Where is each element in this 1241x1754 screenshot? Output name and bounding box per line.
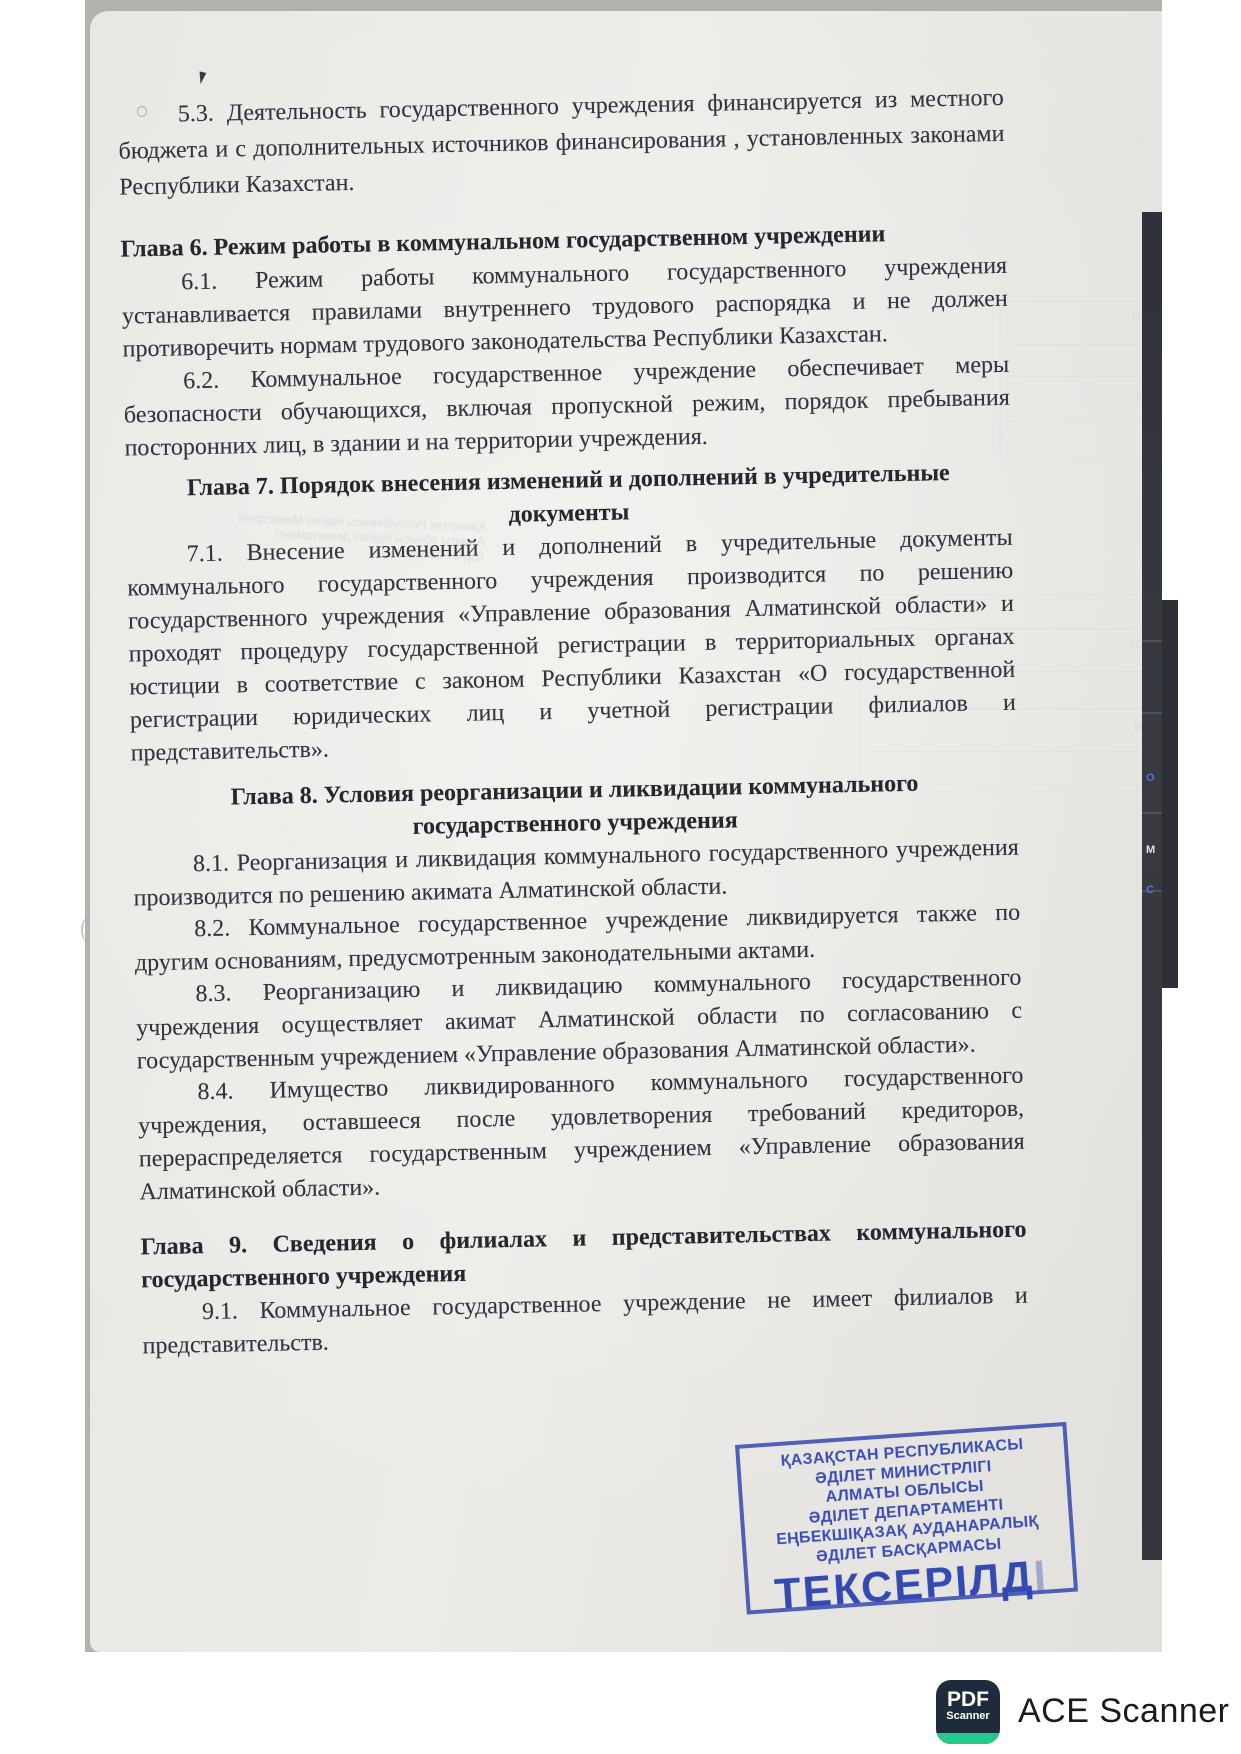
bleedthrough-line: [1009, 331, 1153, 346]
keyboard-key-gap: [1142, 712, 1162, 714]
paragraph-6-2: 6.2. Коммунальное государственное учрежд…: [123, 349, 1011, 466]
screenshot-page: БСН күні Қазақстан Республикасы Әділет М…: [0, 0, 1241, 1754]
photo-background-edge: O M C: [1142, 212, 1162, 1560]
scanned-photo: БСН күні Қазақстан Республикасы Әділет М…: [85, 0, 1162, 1652]
paragraph-8-3: 8.3. Реорганизацию и ликвидацию коммунал…: [135, 962, 1023, 1079]
keyboard-glyph-m: M: [1146, 844, 1155, 856]
document-text: 5.3. Деятельность государственного учреж…: [116, 0, 1032, 1501]
justice-department-stamp: ҚАЗАҚСТАН РЕСПУБЛИКАСЫ ӘДІЛЕТ МИНИСТРЛІГ…: [735, 1422, 1078, 1615]
stamp-verdict-last-letter: І: [1032, 1552, 1049, 1601]
photo-background-edge-bump: [1162, 600, 1178, 988]
paragraph-6-1: 6.1. Режим работы коммунального государс…: [121, 250, 1009, 367]
logo-accent-bar: [936, 1733, 1000, 1744]
logo-text-pdf: PDF: [947, 1689, 989, 1710]
bleedthrough-line: [1009, 362, 1153, 377]
paper-edge-mark: [81, 918, 95, 942]
keyboard-key-gap: [1142, 640, 1162, 642]
keyboard-glyph-o: O: [1146, 772, 1155, 784]
paragraph-5-3: 5.3. Деятельность государственного учреж…: [118, 80, 1006, 206]
bleedthrough-form-top: БСН күні: [1000, 300, 1162, 462]
paragraph-7-1: 7.1. Внесение изменений и дополнений в у…: [126, 522, 1016, 771]
keyboard-key-gap: [1142, 812, 1162, 814]
bleedthrough-text: күні: [1007, 391, 1155, 403]
pdf-scanner-logo-icon: PDF Scanner: [936, 1680, 1000, 1744]
bleedthrough-line: [1009, 407, 1153, 422]
bleedthrough-text: БСН: [1007, 311, 1155, 323]
logo-text-scanner: Scanner: [946, 1710, 989, 1722]
paragraph-8-4: 8.4. Имущество ликвидированного коммунал…: [137, 1060, 1025, 1210]
keyboard-glyph-c: C: [1146, 884, 1154, 896]
app-name-label: ACE Scanner: [1018, 1692, 1230, 1731]
